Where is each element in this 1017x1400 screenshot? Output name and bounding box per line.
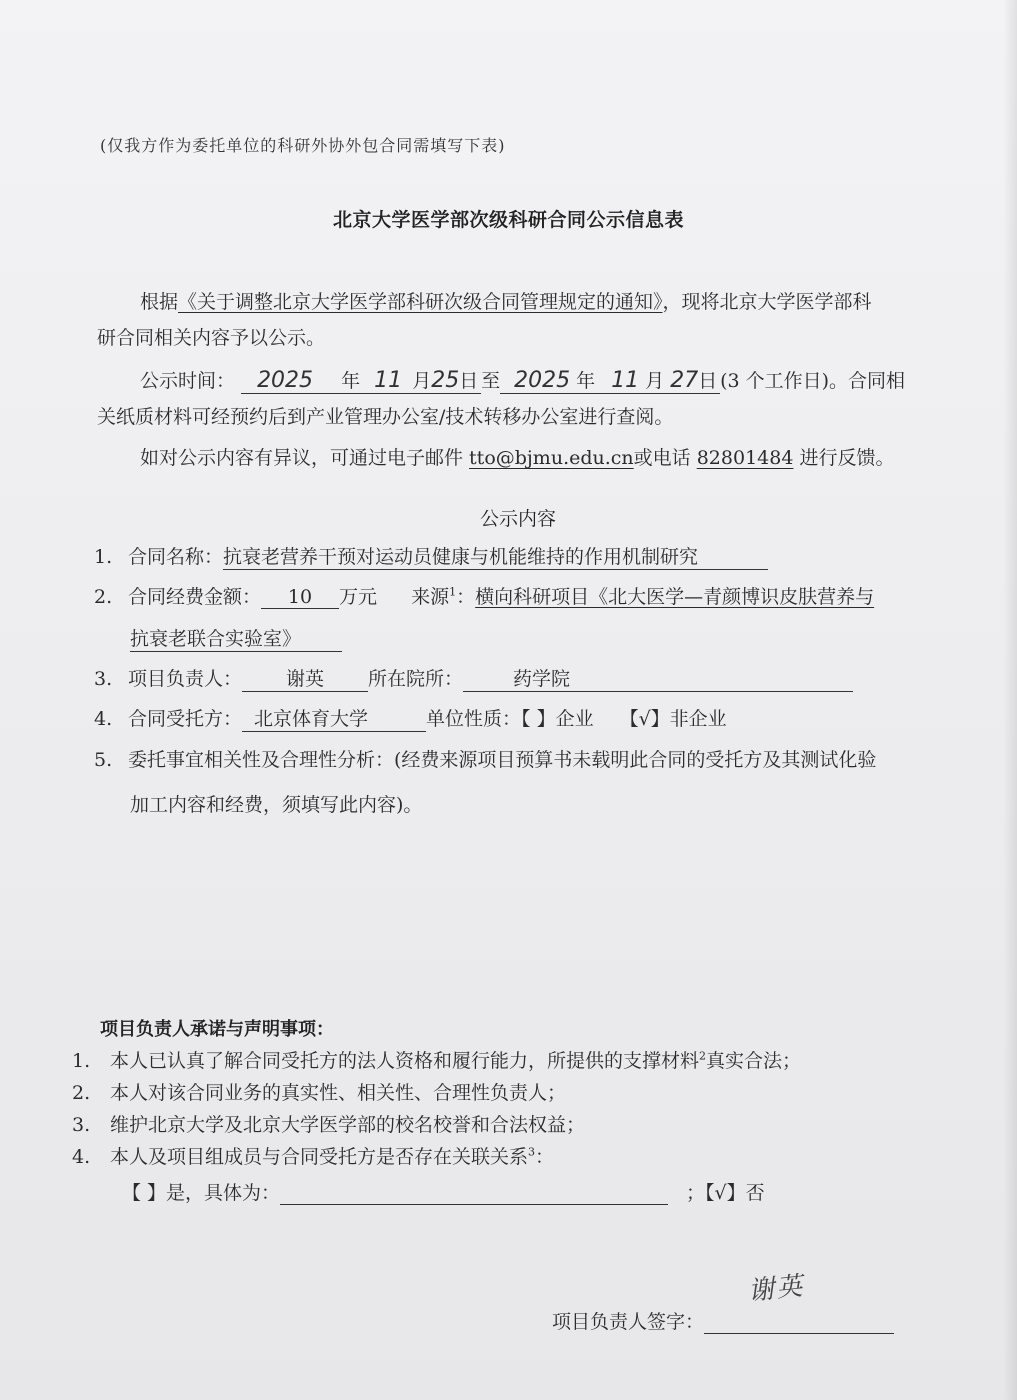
footnote-3: 3 <box>528 1146 535 1159</box>
end-day: 27 <box>670 368 698 393</box>
declaration-item: 4.本人及项目组成员与合同受托方是否存在关联关系3： <box>72 1142 554 1169</box>
intro-line-2: 研合同相关内容予以公示。 <box>97 323 325 350</box>
declaration-text: 本人已认真了解合同受托方的法人资格和履行能力，所提供的支撑材料 <box>110 1050 699 1072</box>
item-contractee: 4.合同受托方：北京体育大学单位性质：【 】企业【√】非企业 <box>94 704 727 732</box>
intro-suffix: ，现将北京大学医学部科 <box>663 291 872 313</box>
signature-label: 项目负责人签字： <box>552 1311 704 1333</box>
item-label: 项目负责人： <box>128 668 242 690</box>
item-number: 3. <box>72 1114 110 1136</box>
section-title-content: 公示内容 <box>480 504 556 531</box>
item-number: 5. <box>94 749 128 771</box>
item-relevance-analysis: 5.委托事宜相关性及合理性分析：(经费来源项目预算书未载明此合同的受托方及其测试… <box>94 745 876 772</box>
amount-value: 10 <box>261 586 339 609</box>
period-suffix: (3 个工作日)。合同相 <box>720 370 905 392</box>
feedback-mid: 或电话 <box>634 447 697 469</box>
declaration-item: 3.维护北京大学及北京大学医学部的校名校誉和合法权益； <box>72 1110 585 1137</box>
project-lead-value: 谢英 <box>242 664 368 692</box>
item-contract-name: 1.合同名称：抗衰老营养干预对运动员健康与机能维持的作用机制研究 <box>94 542 768 570</box>
department-value: 药学院 <box>463 664 853 692</box>
analysis-note-continued: 加工内容和经费，须填写此内容)。 <box>130 790 422 817</box>
intro-line-1: 根据《关于调整北京大学医学部科研次级合同管理规定的通知》，现将北京大学医学部科 <box>140 287 872 314</box>
year-char: 年 <box>576 370 595 392</box>
checkbox-related-no[interactable]: ；【√】否 <box>686 1182 765 1204</box>
contractee-text: 北京体育大学 <box>254 708 368 730</box>
source-value-line-2: 抗衰老联合实验室》 <box>130 624 342 652</box>
end-date-field: 2025 年 11 月 27日 <box>500 366 720 394</box>
item-number: 4. <box>94 708 128 730</box>
source-colon: ： <box>456 586 475 608</box>
regulation-title: 《关于调整北京大学医学部科研次级合同管理规定的通知》 <box>178 291 663 313</box>
item-number: 1. <box>94 546 128 568</box>
declaration-title: 项目负责人承诺与声明事项： <box>100 1015 334 1041</box>
to-char: 至 <box>481 370 500 392</box>
start-year: 2025 <box>257 368 313 393</box>
item-label: 合同名称： <box>128 546 223 568</box>
department-text: 药学院 <box>513 668 570 690</box>
contractee-value: 北京体育大学 <box>242 704 426 732</box>
item-label: 合同受托方： <box>128 708 242 730</box>
end-month: 11 <box>611 368 639 393</box>
day-char: 日 <box>698 370 717 392</box>
item-contract-amount: 2.合同经费金额：10万元 来源1：横向科研项目《北大医学—青颜博识皮肤营养与 <box>94 582 874 609</box>
handwritten-signature: 谢英 <box>746 1265 806 1308</box>
checkbox-enterprise[interactable]: 【 】企业 <box>521 708 594 730</box>
start-day: 25 <box>431 368 459 393</box>
feedback-line: 如对公示内容有异议，可通过电子邮件 tto@bjmu.edu.cn或电话 828… <box>140 443 894 470</box>
checkbox-non-enterprise[interactable]: 【√】非企业 <box>620 708 727 730</box>
feedback-suffix: 进行反馈。 <box>793 447 894 469</box>
signature-line[interactable] <box>704 1315 894 1334</box>
footnote-2: 2 <box>699 1050 706 1063</box>
feedback-prefix: 如对公示内容有异议，可通过电子邮件 <box>140 447 469 469</box>
nature-label: 单位性质： <box>426 708 521 730</box>
item-number: 1. <box>72 1050 110 1072</box>
materials-note: 关纸质材料可经预约后到产业管理办公室/技术转移办公室进行查阅。 <box>97 402 673 429</box>
checkbox-related-yes[interactable]: 【 】是，具体为： <box>122 1182 280 1204</box>
amount-unit: 万元 <box>339 586 377 608</box>
declaration-item: 1.本人已认真了解合同受托方的法人资格和履行能力，所提供的支撑材料2真实合法； <box>72 1046 801 1073</box>
item-project-lead: 3.项目负责人：谢英所在院所：药学院 <box>94 664 853 692</box>
declaration-text: 维护北京大学及北京大学医学部的校名校誉和合法权益； <box>110 1114 585 1136</box>
period-label: 公示时间： <box>140 370 235 392</box>
item-number: 4. <box>72 1146 110 1168</box>
month-char: 月 <box>412 370 431 392</box>
publicity-period: 公示时间： 2025 年 11 月25日至 2025 年 11 月 27日(3 … <box>140 366 905 394</box>
start-month: 11 <box>374 368 402 393</box>
document-title: 北京大学医学部次级科研合同公示信息表 <box>333 205 684 232</box>
item-number: 2. <box>94 586 128 608</box>
declaration-text-end: 真实合法； <box>706 1050 801 1072</box>
source-value-continued: 抗衰老联合实验室》 <box>130 624 342 652</box>
declaration-item: 2.本人对该合同业务的真实性、相关性、合理性负责人； <box>72 1078 566 1105</box>
source-value-line-1: 横向科研项目《北大医学—青颜博识皮肤营养与 <box>475 586 874 608</box>
related-party-detail-field[interactable] <box>280 1184 668 1205</box>
item-number: 3. <box>94 668 128 690</box>
department-label: 所在院所： <box>368 668 463 690</box>
page-edge-shadow <box>1003 0 1017 1400</box>
item-number: 2. <box>72 1082 110 1104</box>
form-applicability-note: (仅我方作为委托单位的科研外协外包合同需填写下表) <box>100 133 506 156</box>
intro-prefix: 根据 <box>140 291 178 313</box>
item-label: 合同经费金额： <box>128 586 261 608</box>
declaration-text: 本人对该合同业务的真实性、相关性、合理性负责人； <box>110 1082 566 1104</box>
signature-row: 项目负责人签字： <box>552 1307 894 1334</box>
declaration-text-end: ： <box>535 1146 554 1168</box>
year-char: 年 <box>341 370 360 392</box>
analysis-note: (经费来源项目预算书未载明此合同的受托方及其测试化验 <box>394 749 876 771</box>
contract-name-value: 抗衰老营养干预对运动员健康与机能维持的作用机制研究 <box>223 542 768 570</box>
start-date-field: 2025 年 11 月25日 <box>241 366 481 394</box>
item-label: 委托事宜相关性及合理性分析： <box>128 749 394 771</box>
related-party-options: 【 】是，具体为：；【√】否 <box>122 1178 765 1205</box>
feedback-phone: 82801484 <box>697 447 794 469</box>
declaration-text: 本人及项目组成员与合同受托方是否存在关联关系 <box>110 1146 528 1168</box>
month-char: 月 <box>645 370 664 392</box>
end-year: 2025 <box>514 368 570 393</box>
source-label: 来源 <box>411 586 449 608</box>
day-char: 日 <box>459 370 478 392</box>
feedback-email-link[interactable]: tto@bjmu.edu.cn <box>469 447 634 469</box>
